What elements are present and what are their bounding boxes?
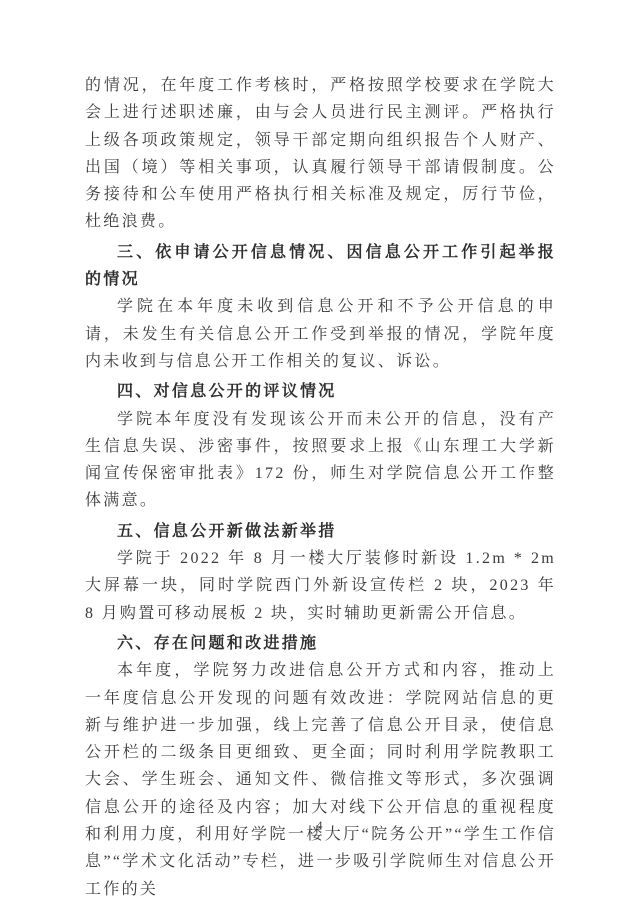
section-heading: 三、依申请公开信息情况、因信息公开工作引起举报的情况 [85,239,556,294]
paragraph: 本年度，学院努力改进信息公开方式和内容，推动上一年度信息公开发现的问题有效改进：… [85,657,556,903]
page-number: 4 [0,818,639,833]
section-heading: 五、信息公开新做法新举措 [85,518,556,545]
section-heading: 四、对信息公开的评议情况 [85,378,556,405]
paragraph: 学院于 2022 年 8 月一楼大厅装修时新设 1.2m * 2m 大屏幕一块，… [85,545,556,627]
paragraph: 学院在本年度未收到信息公开和不予公开信息的申请，未发生有关信息公开工作受到举报的… [85,293,556,375]
document-page: 的情况，在年度工作考核时，严格按照学校要求在学院大会上进行述职述廉，由与会人员进… [0,0,639,905]
paragraph: 的情况，在年度工作考核时，严格按照学校要求在学院大会上进行述职述廉，由与会人员进… [85,72,556,236]
section-heading: 六、存在问题和改进措施 [85,630,556,657]
document-body: 的情况，在年度工作考核时，严格按照学校要求在学院大会上进行述职述廉，由与会人员进… [85,72,556,903]
paragraph: 学院本年度没有发现该公开而未公开的信息，没有产生信息失误、涉密事件，按照要求上报… [85,406,556,515]
